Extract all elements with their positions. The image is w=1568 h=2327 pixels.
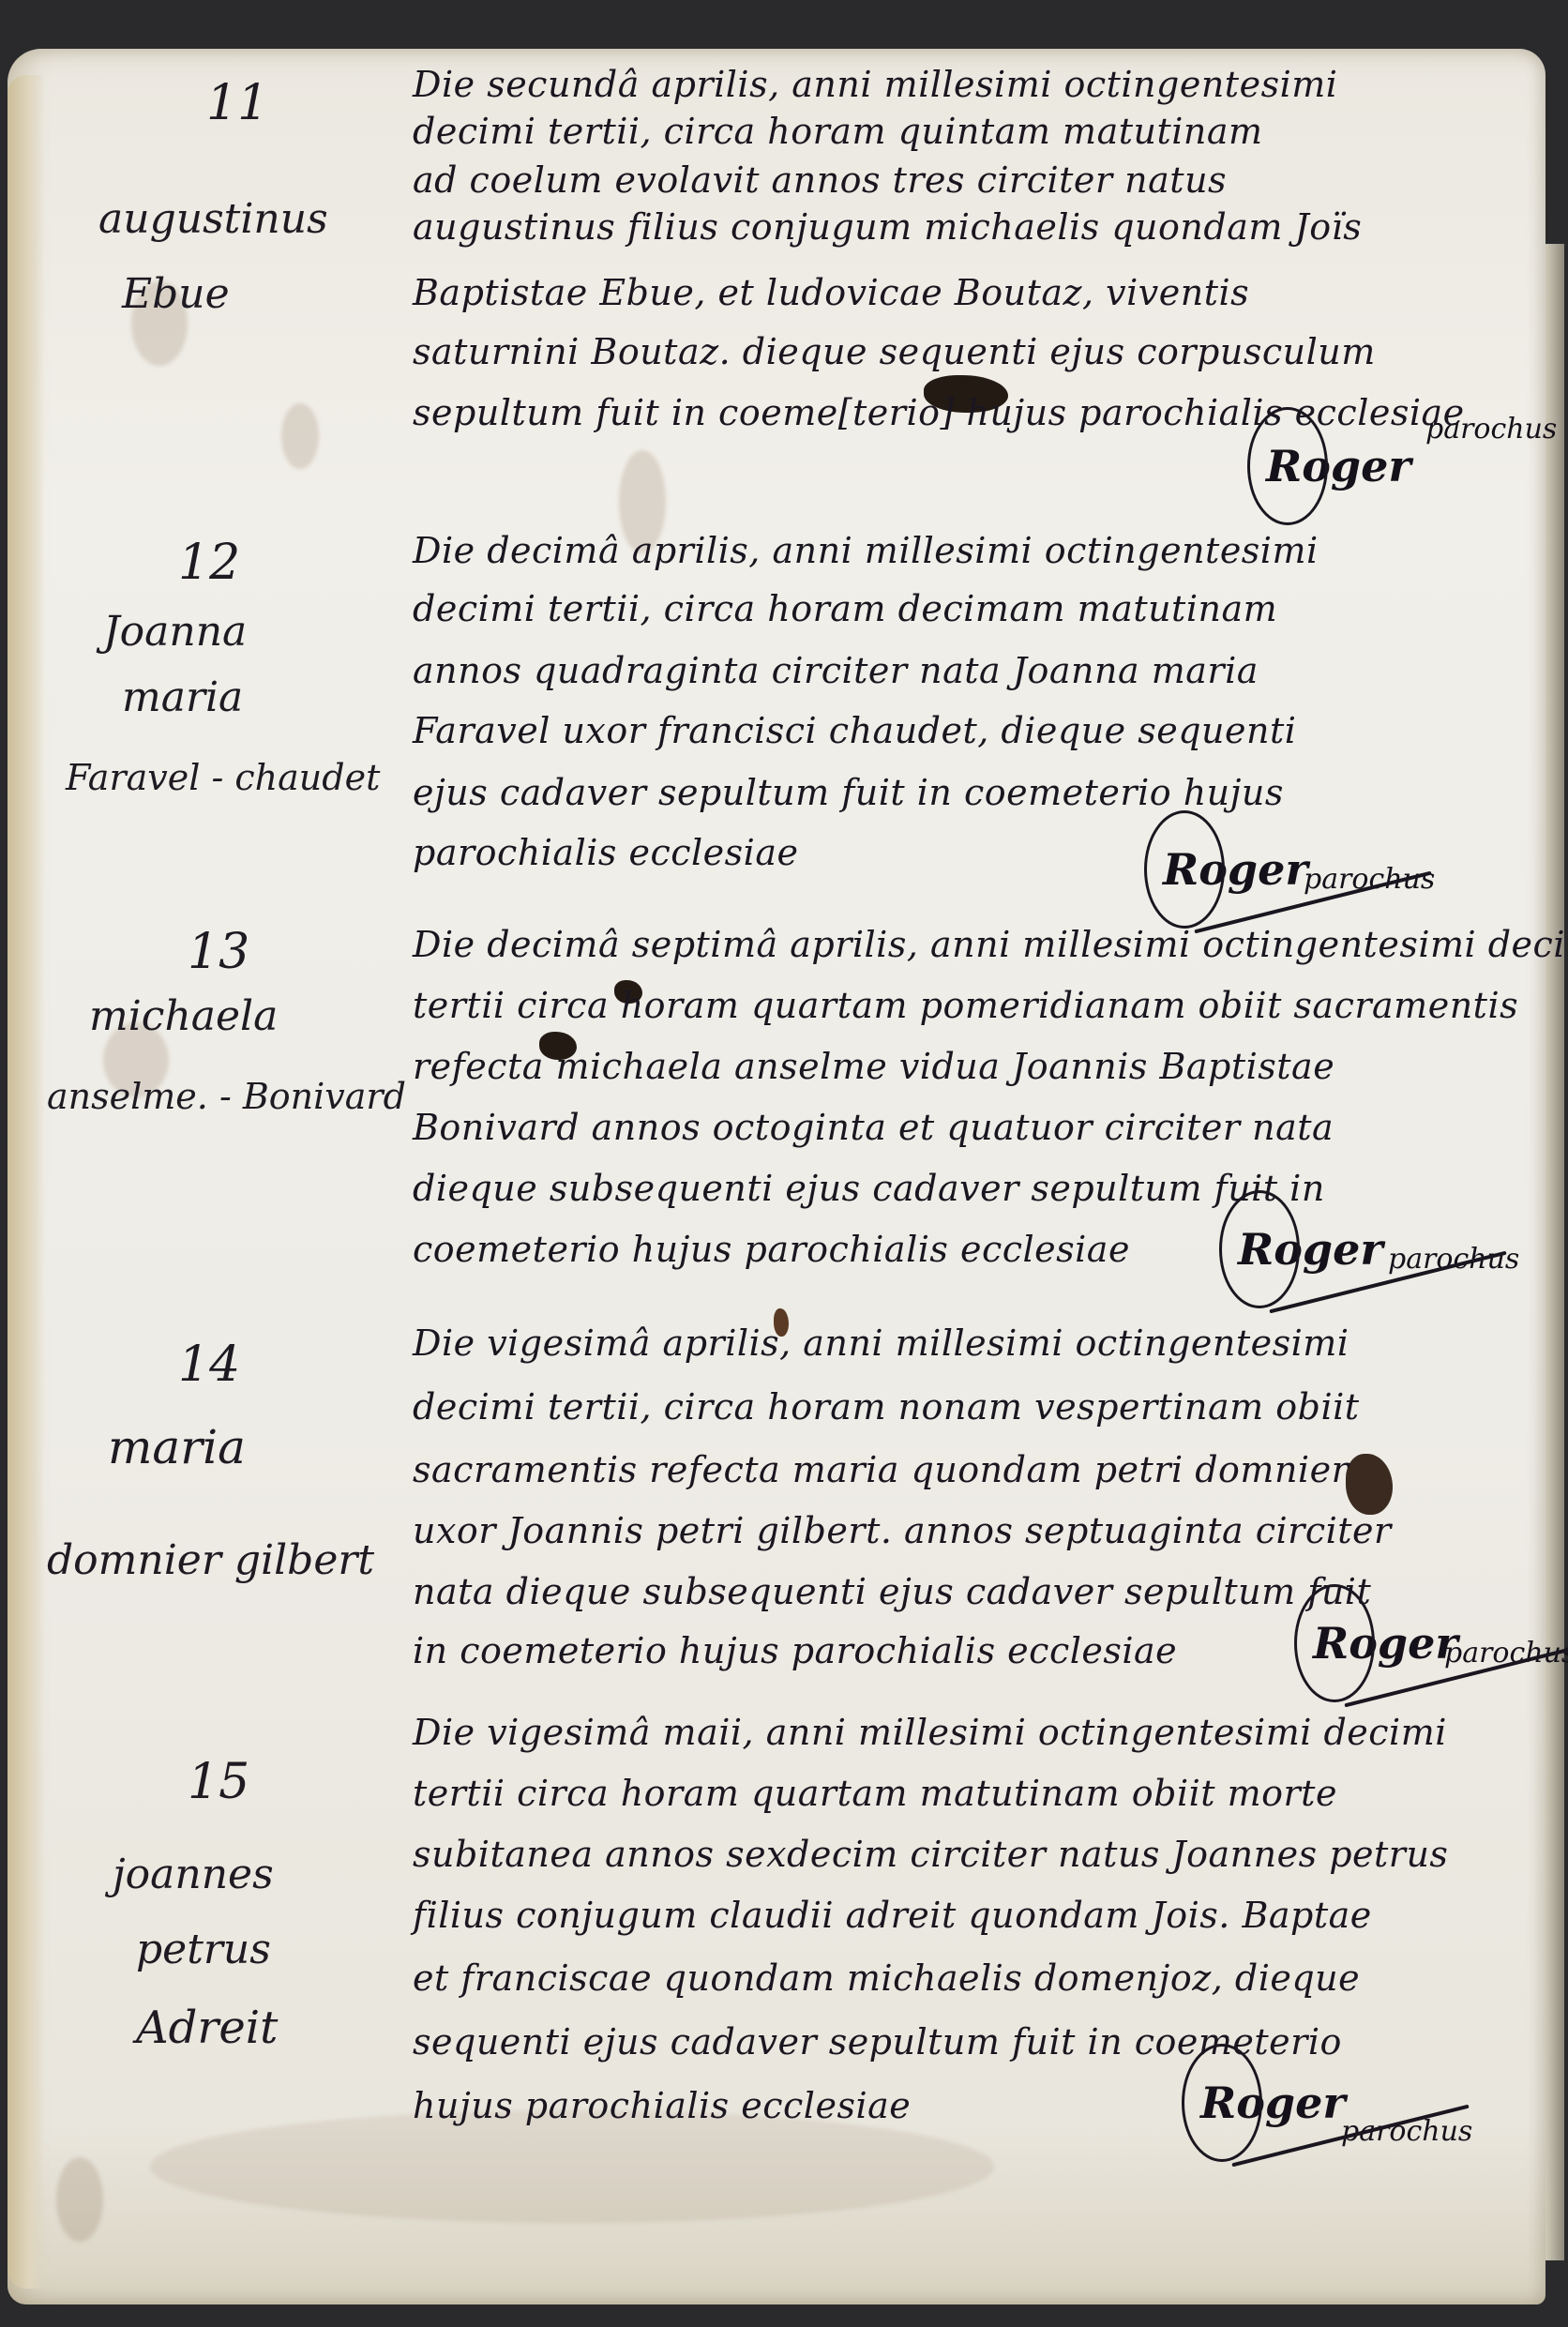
text-line: decimi tertii, circa horam nonam vespert…	[413, 1386, 1360, 1428]
text-line: Die decimâ aprilis, anni millesimi octin…	[413, 530, 1319, 571]
text-line: Bonivard annos octoginta et quatuor circ…	[413, 1107, 1334, 1148]
text-line: tertii circa horam quartam pomeridianam …	[413, 985, 1518, 1026]
text-line: sacramentis refecta maria quondam petri …	[413, 1449, 1349, 1490]
margin-name-line: augustinus	[98, 188, 328, 251]
priest-signature: Roger parochus	[1313, 1618, 1458, 1669]
text-line: parochialis ecclesiae	[413, 832, 798, 873]
margin-name-line: Faravel - chaudet	[66, 750, 380, 806]
margin-name-line: Joanna	[103, 600, 247, 664]
text-line: Die secundâ aprilis, anni millesimi octi…	[413, 64, 1337, 105]
text-line: filius conjugum claudii adreit quondam J…	[413, 1895, 1372, 1936]
signature-title: parochus	[1304, 863, 1435, 896]
text-line: hujus parochialis ecclesiae	[413, 2085, 911, 2126]
page-stack-edge	[1545, 244, 1564, 2260]
paper-stain	[56, 2157, 103, 2242]
margin-name-line: domnier gilbert	[47, 1529, 374, 1593]
text-line: tertii circa horam quartam matutinam obi…	[413, 1773, 1337, 1814]
text-line: refecta michaela anselme vidua Joannis B…	[413, 1046, 1334, 1087]
text-line: Die vigesimâ aprilis, anni millesimi oct…	[413, 1322, 1349, 1364]
signature-title: parochus	[1388, 1243, 1519, 1276]
text-line: nata dieque subsequenti ejus cadaver sep…	[413, 1571, 1371, 1612]
page-binding-edge	[8, 75, 45, 2289]
text-line: decimi tertii, circa horam decimam matut…	[413, 588, 1277, 629]
paper-stain	[281, 403, 319, 469]
entry-number: 15	[188, 1745, 249, 1821]
text-line: Die vigesimâ maii, anni millesimi octing…	[413, 1712, 1447, 1753]
margin-name-line: michaela	[89, 985, 278, 1049]
priest-signature: Roger parochus	[1238, 1224, 1383, 1275]
text-line: ejus cadaver sepultum fuit in coemeterio…	[413, 772, 1284, 813]
text-line: decimi tertii, circa horam quintam matut…	[413, 111, 1263, 152]
entry-margin: 13 michaela anselme. - Bonivard	[47, 914, 422, 1158]
priest-signature: Roger parochus	[1200, 2078, 1346, 2128]
entry-margin: 15 joannes petrus Adreit	[47, 1745, 422, 2082]
signature-oval-flourish	[1144, 810, 1225, 929]
text-line: subitanea annos sexdecim circiter natus …	[413, 1834, 1448, 1875]
entry-margin: 11 augustinus Ebue	[47, 66, 422, 347]
margin-name-line: Ebue	[122, 263, 230, 326]
margin-name-line: anselme. - Bonivard	[47, 1069, 406, 1125]
entry-margin: 12 Joanna maria Faravel - chaudet	[47, 525, 422, 825]
entry-margin: 14 maria domnier gilbert	[47, 1327, 422, 1627]
priest-signature: Roger parochus	[1163, 844, 1308, 895]
signature-oval-flourish	[1247, 407, 1328, 525]
text-line: annos quadraginta circiter nata Joanna m…	[413, 650, 1259, 691]
text-line: augustinus filius conjugum michaelis quo…	[413, 206, 1362, 248]
text-line: uxor Joannis petri gilbert. annos septua…	[413, 1510, 1392, 1551]
text-line: Die decimâ septimâ aprilis, anni millesi…	[413, 924, 1568, 965]
text-line: et franciscae quondam michaelis domenjoz…	[413, 1957, 1360, 1999]
signature-oval-flourish	[1182, 2044, 1262, 2162]
priest-signature: Roger parochus	[1266, 441, 1411, 491]
text-line: Faravel uxor francisci chaudet, dieque s…	[413, 710, 1296, 751]
margin-name-line: petrus	[136, 1918, 271, 1982]
text-line: dieque subsequenti ejus cadaver sepultum…	[413, 1168, 1325, 1209]
signature-oval-flourish	[1219, 1190, 1300, 1308]
signature-title: parochus	[1425, 413, 1557, 446]
text-line: ad coelum evolavit annos tres circiter n…	[413, 159, 1227, 201]
text-line: coemeterio hujus parochialis ecclesiae	[413, 1229, 1130, 1270]
text-line: saturnini Boutaz. dieque sequenti ejus c…	[413, 331, 1376, 372]
paper-stain	[150, 2110, 994, 2223]
entry-number: 11	[206, 66, 268, 142]
signature-oval-flourish	[1294, 1584, 1375, 1702]
entry-number: 14	[178, 1327, 240, 1403]
text-line: Baptistae Ebue, et ludovicae Boutaz, viv…	[413, 272, 1249, 313]
margin-name-line: joannes	[113, 1843, 274, 1907]
margin-name-line: maria	[122, 666, 243, 730]
entry-number: 12	[178, 525, 240, 601]
text-line: in coemeterio hujus parochialis ecclesia…	[413, 1630, 1177, 1671]
entry-number: 13	[188, 914, 249, 990]
margin-name-line: Adreit	[136, 1993, 278, 2063]
margin-name-line: maria	[108, 1412, 246, 1485]
